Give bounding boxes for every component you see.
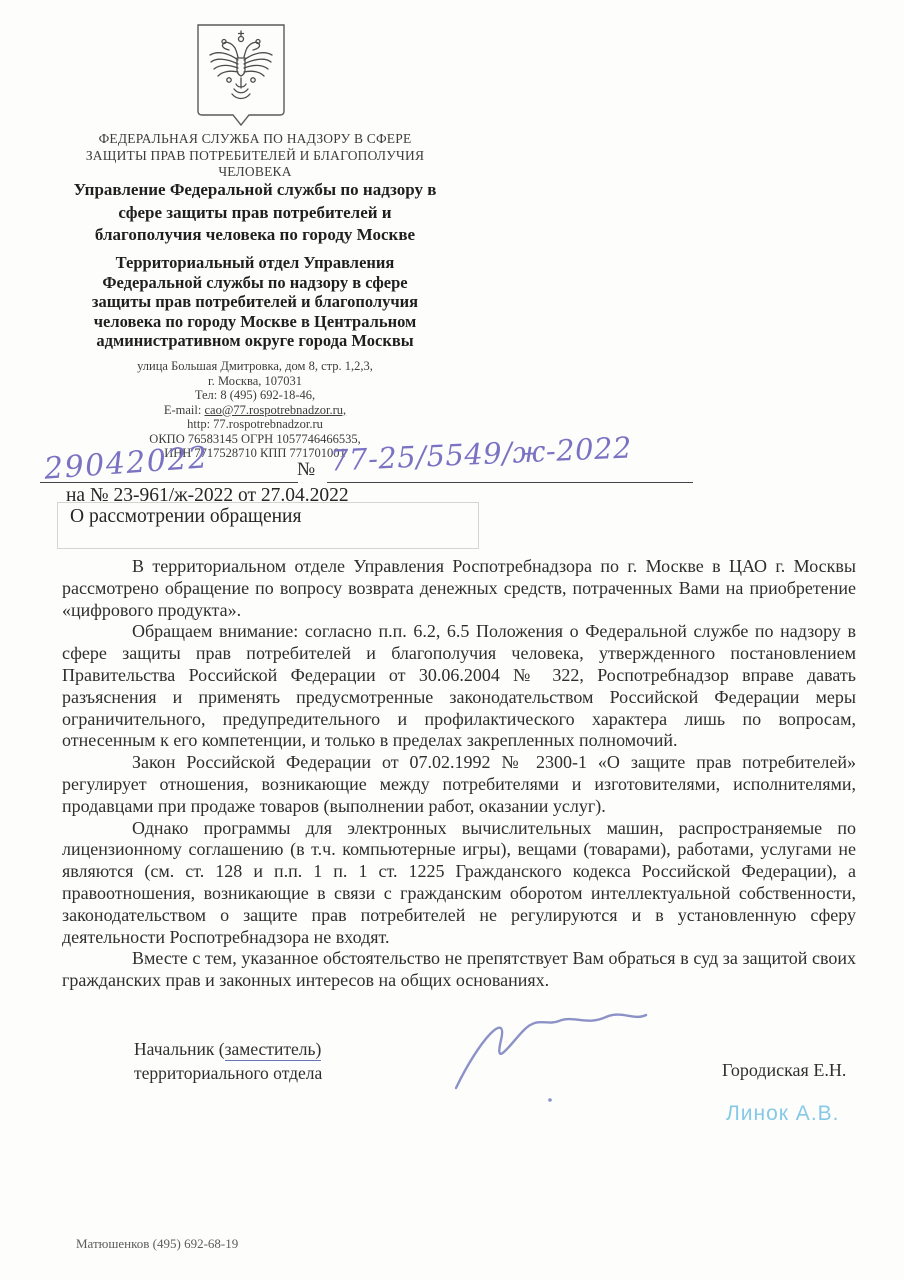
street-address: улица Большая Дмитровка, дом 8, стр. 1,2… [40,359,470,374]
scanned-letter-page: ФЕДЕРАЛЬНАЯ СЛУЖБА ПО НАДЗОРУ В СФЕРЕ ЗА… [0,0,904,1280]
body-paragraph: В территориальном отделе Управления Росп… [62,556,856,621]
agency-name-line: ФЕДЕРАЛЬНАЯ СЛУЖБА ПО НАДЗОРУ В СФЕРЕ [40,131,470,148]
russian-coat-of-arms-icon [193,22,289,133]
body-paragraph: Однако программы для электронных вычисли… [62,818,856,949]
number-sign: № [297,459,315,481]
territorial-line: административном округе города Москвы [40,331,470,351]
email-line: E-mail: cao@77.rospotrebnadzor.ru, [40,403,470,418]
territorial-line: человека по городу Москве в Центральном [40,312,470,332]
signee-position-line2: территориального отдела [134,1061,322,1085]
position-prefix: Начальник ( [134,1039,225,1059]
signature-scribble-icon [438,996,668,1116]
subject-box: О рассмотрении обращения [57,502,479,549]
email-label: E-mail: [164,403,205,417]
territorial-department-name: Территориальный отдел Управления Федерал… [40,253,470,351]
body-paragraph: Вместе с тем, указанное обстоятельство н… [62,948,856,992]
agency-name: ФЕДЕРАЛЬНАЯ СЛУЖБА ПО НАДЗОРУ В СФЕРЕ ЗА… [40,131,470,181]
signee-position: Начальник (заместитель) территориального… [134,1037,322,1085]
body-paragraph: Закон Российской Федерации от 07.02.1992… [62,752,856,817]
letter-body: В территориальном отделе Управления Росп… [62,556,856,992]
city-address: г. Москва, 107031 [40,374,470,389]
department-name-line: Управление Федеральной службы по надзору… [40,179,470,202]
agency-name-line: ЗАЩИТЫ ПРАВ ПОТРЕБИТЕЛЕЙ И БЛАГОПОЛУЧИЯ [40,148,470,165]
department-name: Управление Федеральной службы по надзору… [40,179,470,247]
territorial-line: Федеральной службы по надзору в сфере [40,273,470,293]
subject-line: О рассмотрении обращения [70,506,478,528]
signee-name: Городиская Е.Н. [722,1060,846,1081]
email-address: cao@77.rospotrebnadzor.ru, [204,403,346,417]
department-name-line: сфере защиты прав потребителей и [40,202,470,225]
date-ruled-line [40,482,298,483]
stamp-name: Линок А.В. [726,1102,840,1126]
body-paragraph: Обращаем внимание: согласно п.п. 6.2, 6.… [62,621,856,752]
territorial-line: Территориальный отдел Управления [40,253,470,273]
signee-position-line1: Начальник (заместитель) [134,1037,322,1061]
website-url: http: 77.rospotrebnadzor.ru [40,417,470,432]
territorial-line: защиты прав потребителей и благополучия [40,292,470,312]
executor-contact: Матюшенков (495) 692-68-19 [76,1236,238,1252]
number-ruled-line [327,482,693,483]
phone-number: Тел: 8 (495) 692-18-46, [40,388,470,403]
position-underlined: заместитель) [225,1039,322,1061]
department-name-line: благополучия человека по городу Москве [40,224,470,247]
